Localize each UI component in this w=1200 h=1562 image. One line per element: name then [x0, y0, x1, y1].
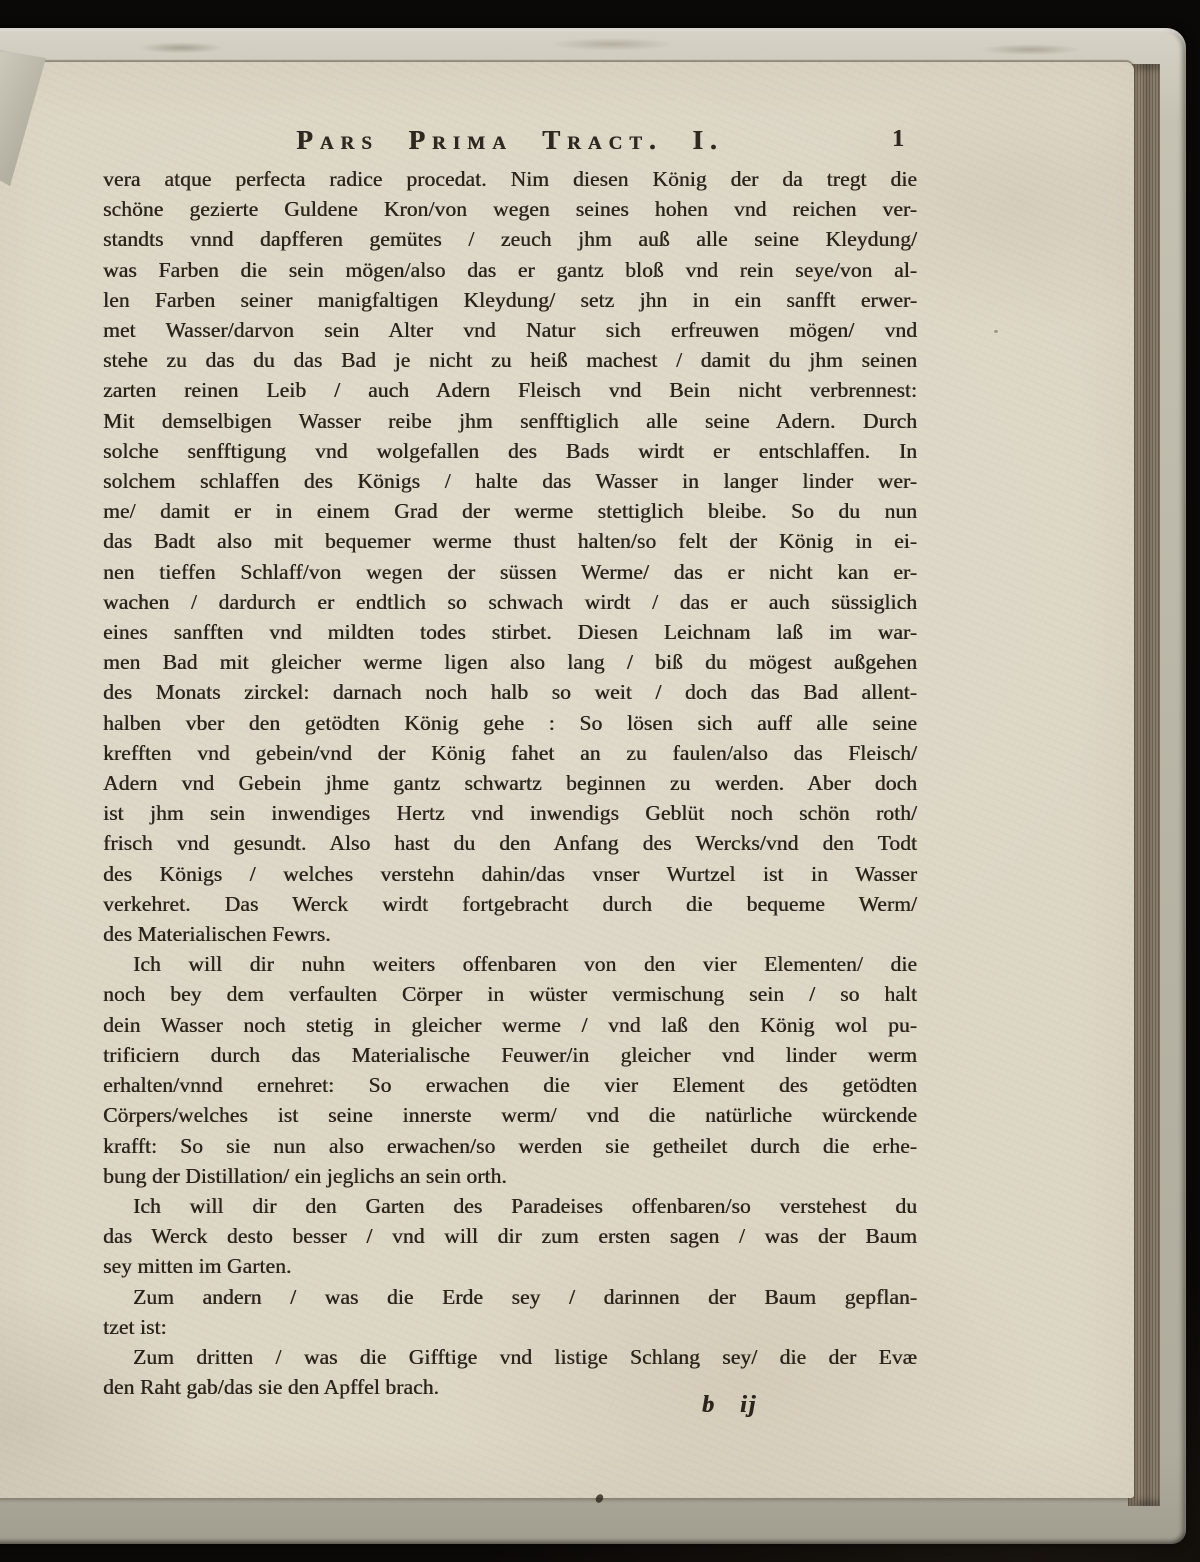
- text-line: des Materialischen Fewrs.: [103, 919, 917, 949]
- text-line: was Farben die sein mögen/also das er ga…: [103, 255, 917, 285]
- text-line: vera atque perfecta radice procedat. Nim…: [103, 164, 917, 194]
- text-line: das Werck desto besser / vnd will dir zu…: [103, 1221, 917, 1251]
- photographed-book-scan: Pars Prima Tract. I. 1 vera atque perfec…: [0, 0, 1200, 1562]
- text-line: dein Wasser noch stetig in gleicher werm…: [103, 1010, 917, 1040]
- text-line: Ich will dir den Garten des Paradeises o…: [103, 1191, 917, 1221]
- text-line: ist jhm sein inwendiges Hertz vnd inwend…: [103, 798, 917, 828]
- text-line: Zum andern / was die Erde sey / darinnen…: [103, 1282, 917, 1312]
- text-line: zarten reinen Leib / auch Adern Fleisch …: [103, 375, 917, 405]
- text-line: men Bad mit gleicher werme ligen also la…: [103, 647, 917, 677]
- text-line: Mit demselbigen Wasser reibe jhm senffti…: [103, 406, 917, 436]
- text-line: nen tieffen Schlaff/von wegen der süssen…: [103, 557, 917, 587]
- text-line: des Monats zirckel: darnach noch halb so…: [103, 677, 917, 707]
- text-line: halben vber den getödten König gehe : So…: [103, 708, 917, 738]
- text-line: Adern vnd Gebein jhme gantz schwartz beg…: [103, 768, 917, 798]
- ink-speck: [994, 330, 998, 333]
- text-line: frisch vnd gesundt. Also hast du den Anf…: [103, 828, 917, 858]
- text-line: wachen / dardurch er endtlich so schwach…: [103, 587, 917, 617]
- text-line: das Badt also mit bequemer werme thust h…: [103, 526, 917, 556]
- body-text: vera atque perfecta radice procedat. Nim…: [103, 164, 917, 1402]
- signature-mark: b ij: [702, 1392, 832, 1419]
- text-line: verkehret. Das Werck wirdt fortgebracht …: [103, 889, 917, 919]
- text-line: Ich will dir nuhn weiters offenbaren von…: [103, 949, 917, 979]
- text-line: noch bey dem verfaulten Cörper in wüster…: [103, 979, 917, 1009]
- text-line: krafft: So sie nun also erwachen/so werd…: [103, 1131, 917, 1161]
- text-line: solchem schlaffen des Königs / halte das…: [103, 466, 917, 496]
- text-line: bung der Distillation/ ein jeglichs an s…: [103, 1161, 917, 1191]
- text-line: solche senfftigung vnd wolgefallen des B…: [103, 436, 917, 466]
- text-line: Cörpers/welches ist seine innerste werm/…: [103, 1100, 917, 1130]
- text-line: stehe zu das du das Bad je nicht zu heiß…: [103, 345, 917, 375]
- book-page: Pars Prima Tract. I. 1 vera atque perfec…: [0, 62, 1134, 1498]
- text-line: tzet ist:: [103, 1312, 917, 1342]
- ink-speck: [140, 598, 144, 602]
- running-header: Pars Prima Tract. I.: [103, 124, 917, 156]
- text-line: eines sanfften vnd mildten todes stirbet…: [103, 617, 917, 647]
- text-line: me/ damit er in einem Grad der werme ste…: [103, 496, 917, 526]
- page-number: 1: [868, 126, 928, 153]
- text-line: len Farben seiner manigfaltigen Kleydung…: [103, 285, 917, 315]
- text-line: met Wasser/darvon sein Alter vnd Natur s…: [103, 315, 917, 345]
- text-line: des Königs / welches verstehn dahin/das …: [103, 859, 917, 889]
- text-line: krefften vnd gebein/vnd der König fahet …: [103, 738, 917, 768]
- text-line: standts vnnd dapfferen gemütes / zeuch j…: [103, 224, 917, 254]
- text-line: sey mitten im Garten.: [103, 1251, 917, 1281]
- text-line: Zum dritten / was die Gifftige vnd listi…: [103, 1342, 917, 1372]
- text-line: trificiern durch das Materialische Feuwe…: [103, 1040, 917, 1070]
- text-line: erhalten/vnnd ernehret: So erwachen die …: [103, 1070, 917, 1100]
- text-line: schöne gezierte Guldene Kron/von wegen s…: [103, 194, 917, 224]
